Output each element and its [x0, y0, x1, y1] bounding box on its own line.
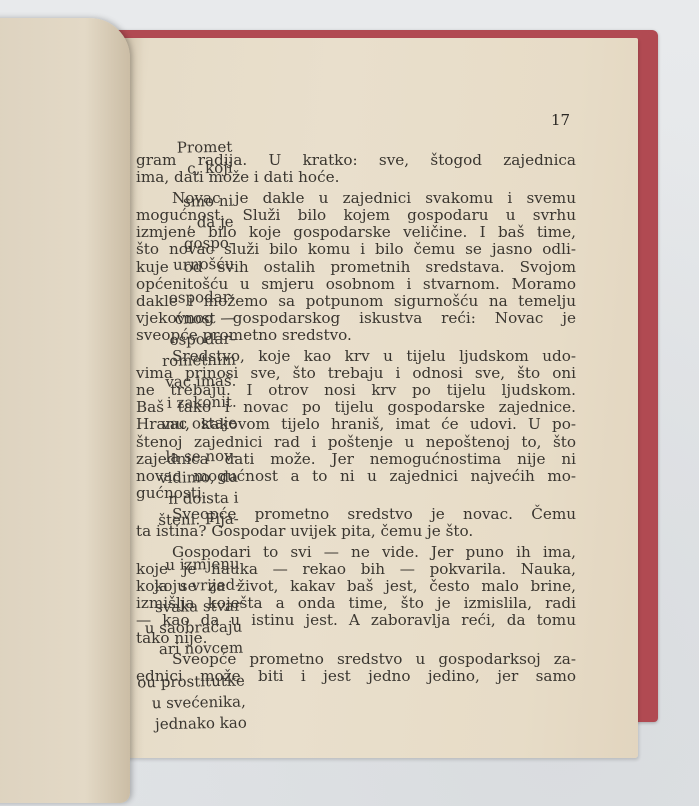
- text-line: gram radija. U kratko: sve, štogod zajed…: [136, 152, 576, 169]
- text-line: — kao da u istinu jest. A zaboravlja reć…: [136, 612, 576, 629]
- text-line: vjekovnog gospodarskog iskustva reći: No…: [136, 310, 576, 327]
- text-line: Sveopće prometno sredstvo je novac. Čemu: [136, 506, 576, 523]
- text-line: ta istina? Gospodar uvijek pita, čemu je…: [136, 523, 576, 540]
- text-line: Novac je dakle u zajednici svakomu i sve…: [136, 190, 576, 207]
- text-line: gućnosti.: [136, 485, 576, 502]
- text-line: ne trebaju. I otrov nosi krv po tijelu l…: [136, 382, 576, 399]
- text-line: koje je nauka — rekao bih — pokvarila. N…: [136, 561, 576, 578]
- text-line: Baš tako i novac po tijelu gospodarske z…: [136, 399, 576, 416]
- text-line: općenitošću u smjeru osobnom i stvarnom.…: [136, 276, 576, 293]
- left-page: Prometc, kojismo ni, da je gospo-urnošću…: [0, 18, 130, 803]
- text-line: Sredstvo, koje kao krv u tijelu ljudskom…: [136, 348, 576, 365]
- text-line: ima, dati može i dati hoće.: [136, 169, 576, 186]
- left-page-text: Prometc, kojismo ni, da je gospo-urnošću…: [0, 17, 105, 19]
- text-line: kuje od svih ostalih prometnih sredstava…: [136, 259, 576, 276]
- text-line: sveopće prometno sredstvo.: [136, 327, 576, 344]
- text-line: što novac služi bilo komu i bilo čemu se…: [136, 241, 576, 258]
- right-page-text: gram radija. U kratko: sve, štogod zajed…: [136, 152, 576, 685]
- text-line: Sveopće prometno sredstvo u gospodarksoj…: [136, 651, 576, 668]
- text-line: tako nije.: [136, 630, 576, 647]
- text-line: dakle i možemo sa potpunom sigurnošću na…: [136, 293, 576, 310]
- left-text-fragment: u svećenika,: [152, 692, 246, 715]
- left-text-fragment: jednako kao: [155, 713, 247, 736]
- text-line: vima prinosi sve, što trebaju i odnosi s…: [136, 365, 576, 382]
- page-number: 17: [551, 111, 570, 129]
- text-line: izmišlja koješta a onda time, što je izm…: [136, 595, 576, 612]
- text-line: zajednica dati može. Jer nemogućnostima …: [136, 451, 576, 468]
- text-line: ednici može biti i jest jedno jedino, je…: [136, 668, 576, 685]
- text-line: štenoj zajednici rad i poštenje u nepošt…: [136, 434, 576, 451]
- text-line: Gospodari to svi — ne vide. Jer puno ih …: [136, 544, 576, 561]
- text-line: izmjene bilo koje gospodarske veličine. …: [136, 224, 576, 241]
- text-line: mogućnost. Služi bilo kojem gospodaru u …: [136, 207, 576, 224]
- text-line: novac mogućnost a to ni u zajednici najv…: [136, 468, 576, 485]
- text-line: koja se za život, kakav baš jest, često …: [136, 578, 576, 595]
- text-line: Hranu, kakovom tijelo hraniš, imat će ud…: [136, 416, 576, 433]
